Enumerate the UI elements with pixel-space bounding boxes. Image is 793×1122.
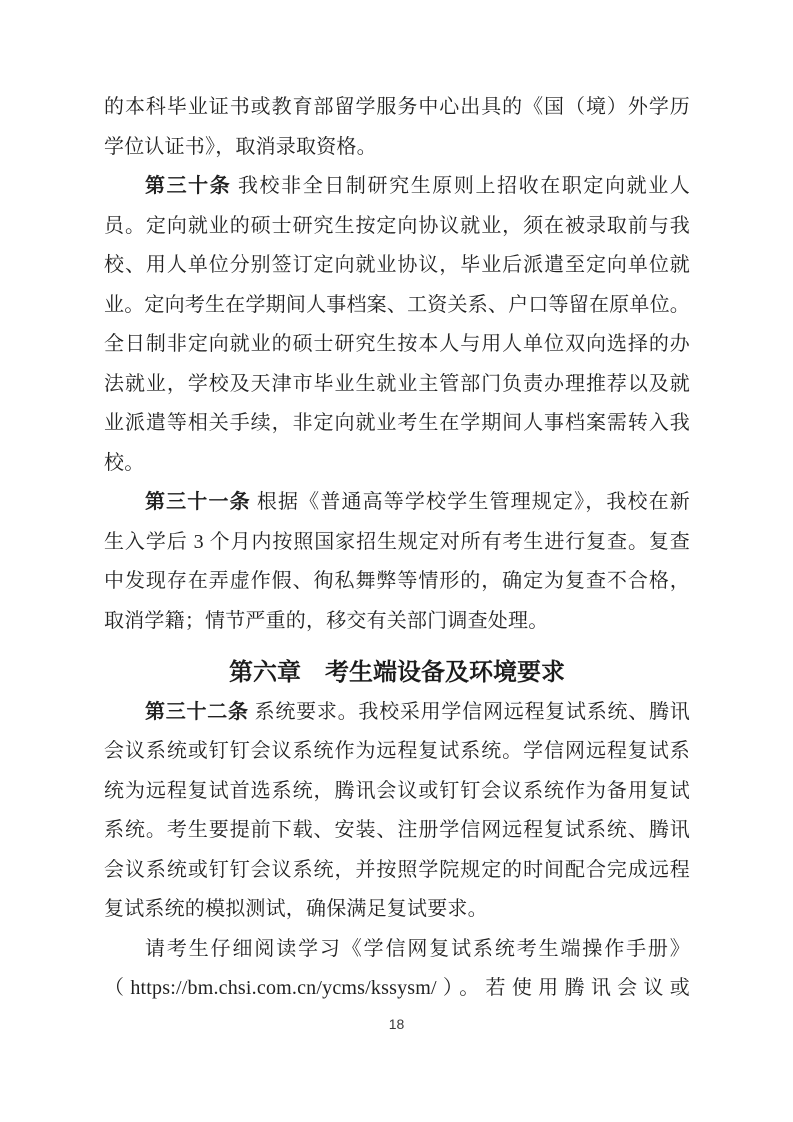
article-number: 第三十一条 — [145, 491, 251, 513]
text-line: 生入学后 3 个月内按照国家招生规定对所有考生进行复查。复查 — [104, 523, 690, 563]
text-line: 第三十一条 根据《普通高等学校学生管理规定》，我校在新 — [104, 483, 690, 523]
document-page: 的本科毕业证书或教育部留学服务中心出具的《国（境）外学历学位认证书》，取消录取资… — [0, 0, 793, 1122]
document-content: 的本科毕业证书或教育部留学服务中心出具的《国（境）外学历学位认证书》，取消录取资… — [104, 88, 690, 1009]
text-line: 员。定向就业的硕士研究生按定向协议就业，须在被录取前与我 — [104, 207, 690, 247]
text-line: 业。定向考生在学期间人事档案、工资关系、户口等留在原单位。 — [104, 286, 690, 326]
article-number: 第三十条 — [145, 175, 231, 197]
paragraph: 请考生仔细阅读学习《学信网复试系统考生端操作手册》（https://bm.chs… — [104, 930, 690, 1009]
text-line: 校。 — [104, 444, 690, 484]
article-number: 第三十二条 — [145, 701, 249, 723]
page-footer: 18 — [0, 1016, 793, 1032]
text-line: 全日制非定向就业的硕士研究生按本人与用人单位双向选择的办 — [104, 325, 690, 365]
text-line: 请考生仔细阅读学习《学信网复试系统考生端操作手册》 — [104, 930, 690, 970]
text-line: 学位认证书》，取消录取资格。 — [104, 128, 690, 168]
paragraph: 的本科毕业证书或教育部留学服务中心出具的《国（境）外学历学位认证书》，取消录取资… — [104, 88, 690, 167]
text-line: 业派遣等相关手续，非定向就业考生在学期间人事档案需转入我 — [104, 404, 690, 444]
paragraph: 第三十条 我校非全日制研究生原则上招收在职定向就业人员。定向就业的硕士研究生按定… — [104, 167, 690, 483]
page-number: 18 — [389, 1016, 405, 1032]
text-line: 的本科毕业证书或教育部留学服务中心出具的《国（境）外学历 — [104, 88, 690, 128]
text-line: 中发现存在弄虚作假、徇私舞弊等情形的，确定为复查不合格， — [104, 562, 690, 602]
text-line: 统为远程复试首选系统，腾讯会议或钉钉会议系统作为备用复试 — [104, 772, 690, 812]
text-line: 会议系统或钉钉会议系统作为远程复试系统。学信网远程复试系 — [104, 732, 690, 772]
paragraph: 第三十一条 根据《普通高等学校学生管理规定》，我校在新生入学后 3 个月内按照国… — [104, 483, 690, 641]
text-line: 法就业，学校及天津市毕业生就业主管部门负责办理推荐以及就 — [104, 365, 690, 405]
text-line: 会议系统或钉钉会议系统，并按照学院规定的时间配合完成远程 — [104, 851, 690, 891]
text-line: 校、用人单位分别签订定向就业协议，毕业后派遣至定向单位就 — [104, 246, 690, 286]
text-line: 系统。考生要提前下载、安装、注册学信网远程复试系统、腾讯 — [104, 811, 690, 851]
text-line: 第三十条 我校非全日制研究生原则上招收在职定向就业人 — [104, 167, 690, 207]
chapter-heading: 第六章 考生端设备及环境要求 — [104, 653, 690, 693]
text-line: 复试系统的模拟测试，确保满足复试要求。 — [104, 890, 690, 930]
paragraph: 第三十二条 系统要求。我校采用学信网远程复试系统、腾讯会议系统或钉钉会议系统作为… — [104, 693, 690, 930]
text-line: 取消学籍；情节严重的，移交有关部门调查处理。 — [104, 602, 690, 642]
text-line: 第三十二条 系统要求。我校采用学信网远程复试系统、腾讯 — [104, 693, 690, 733]
text-line: （https://bm.chsi.com.cn/ycms/kssysm/）。若使… — [104, 969, 690, 1009]
